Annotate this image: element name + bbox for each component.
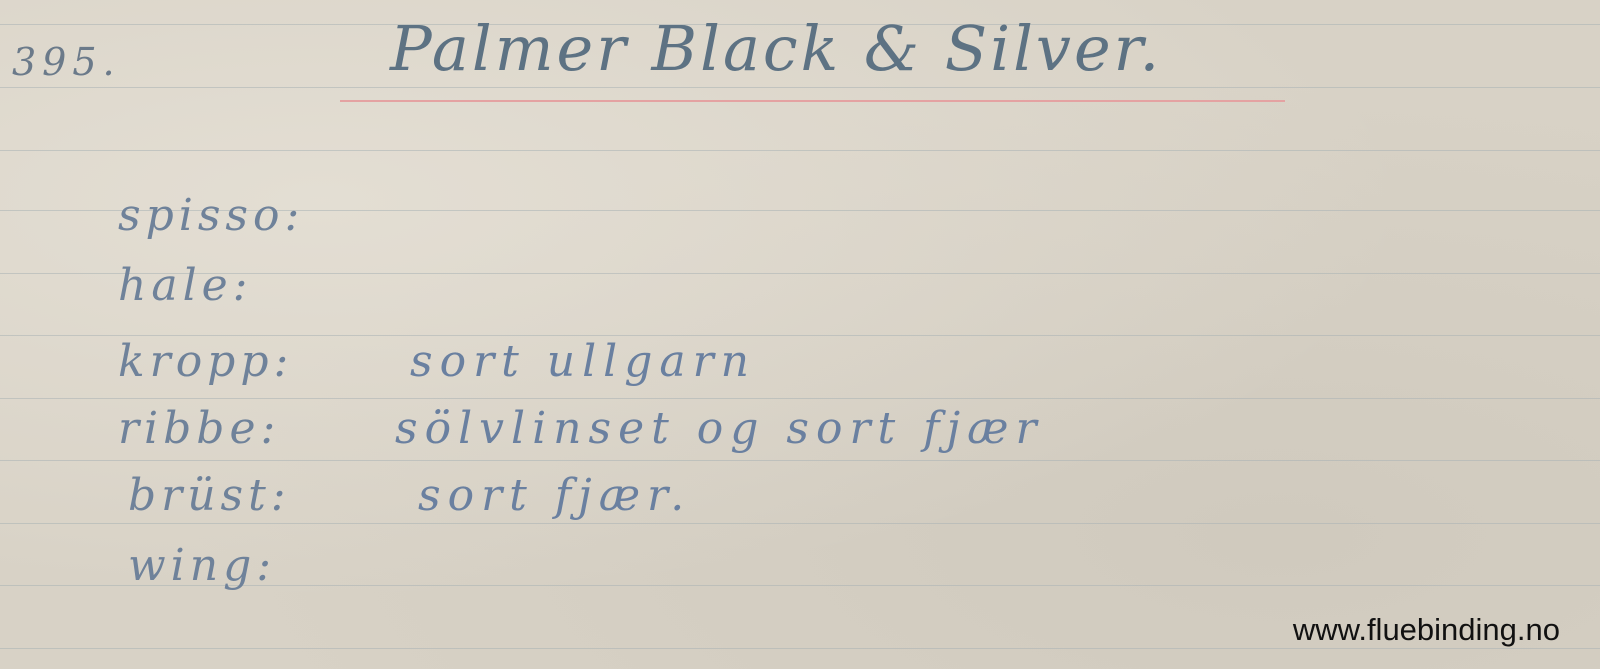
title-underline bbox=[340, 100, 1285, 102]
entry-number: 395. bbox=[12, 40, 121, 84]
field-label-ribbe: ribbe: bbox=[118, 403, 280, 454]
page-title: Palmer Black & Silver. bbox=[390, 12, 1162, 85]
field-value-ribbe: sölvlinset og sort fjær bbox=[395, 403, 1044, 454]
ruled-line bbox=[0, 460, 1600, 461]
field-label-hale: hale: bbox=[118, 260, 253, 311]
watermark-link[interactable]: www.fluebinding.no bbox=[1293, 612, 1560, 648]
ruled-line bbox=[0, 87, 1600, 88]
notebook-page: 395. Palmer Black & Silver. spisso: hale… bbox=[0, 0, 1600, 669]
field-label-brust: brüst: bbox=[128, 470, 291, 521]
field-value-kropp: sort ullgarn bbox=[410, 336, 756, 387]
ruled-line bbox=[0, 523, 1600, 524]
field-label-kropp: kropp: bbox=[118, 336, 293, 387]
ruled-line bbox=[0, 150, 1600, 151]
ruled-line bbox=[0, 648, 1600, 649]
field-label-spisso: spisso: bbox=[118, 190, 304, 241]
field-value-brust: sort fjær. bbox=[418, 470, 691, 521]
field-label-wing: wing: bbox=[128, 540, 276, 591]
ruled-line bbox=[0, 398, 1600, 399]
